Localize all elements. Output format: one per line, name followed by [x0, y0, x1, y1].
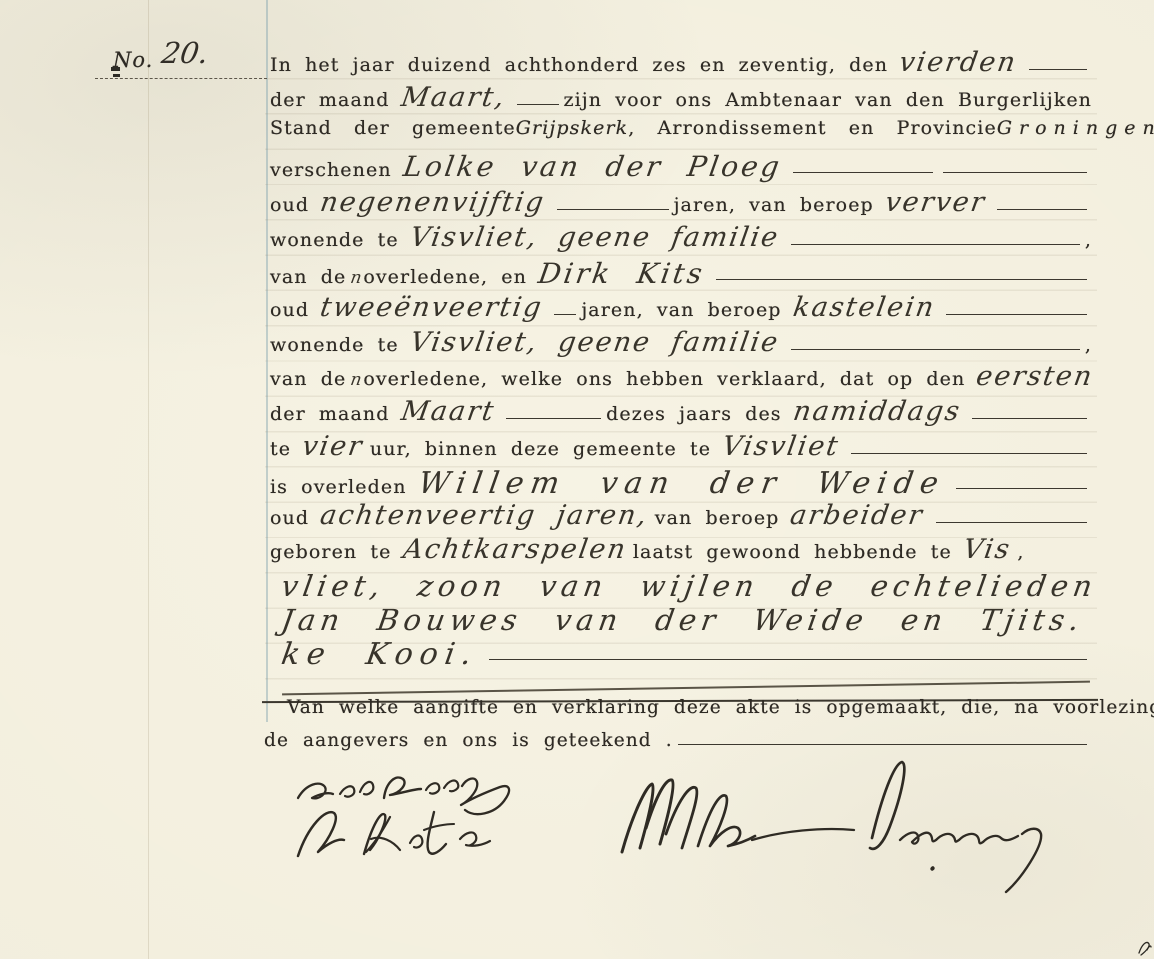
handwritten-gender-suffix: n: [349, 268, 363, 288]
body-line-11: der maand Maart dezes jaars des namiddag…: [270, 396, 1092, 425]
printed-comma: ,: [1085, 229, 1092, 251]
handwritten-declarant1-residence: Visvliet, geene familie: [408, 222, 782, 253]
printed-text: oud: [270, 194, 309, 216]
handwritten-declarant2-age: tweeënveertig: [318, 292, 545, 323]
handwritten-declarant1-age: negenenvijftig: [318, 187, 547, 218]
body-line-2: der maand Maart, zijn voor ons Ambtenaar…: [270, 82, 1092, 111]
edge-mark: [113, 74, 120, 77]
printed-text: wonende te: [270, 229, 399, 251]
fill-line: [793, 172, 933, 173]
printed-comma: ,: [1085, 334, 1092, 356]
signature-registrar: [602, 756, 1092, 906]
printed-text: dezes jaars des: [606, 403, 782, 425]
printed-text: is overleden: [270, 476, 407, 498]
printed-text: oud: [270, 299, 309, 321]
handwritten-death-day: eersten: [974, 361, 1096, 392]
death-certificate-scan: No. 20. In het jaar duizend achthonderd …: [0, 0, 1154, 959]
fill-line: [943, 172, 1087, 173]
printed-text: van beroep: [655, 507, 780, 529]
body-line-9: wonende te Visvliet, geene familie ,: [270, 327, 1092, 356]
closing-line-1: Van welke aangifte en verklaring deze ak…: [287, 697, 1092, 718]
printed-text: In het jaar duizend achthonderd zes en z…: [270, 54, 888, 76]
body-line-15: geboren te Achtkarspelen laatst gewoond …: [270, 534, 1092, 563]
handwritten-death-place: Visvliet: [720, 431, 842, 462]
printed-text: Stand der gemeente: [270, 117, 516, 139]
handwritten-declarant1-name: Lolke van der Ploeg: [401, 150, 784, 183]
body-line-16: vliet, zoon van wijlen de echtelieden: [270, 569, 1092, 598]
body-line-3: Stand der gemeente Grijpskerk , Arrondis…: [270, 117, 1092, 146]
printed-closing-text: de aangevers en ons is geteekend .: [264, 730, 673, 751]
fill-line: [956, 488, 1087, 489]
handwritten-declarant2-residence: Visvliet, geene familie: [408, 327, 782, 358]
fill-line: [1029, 69, 1088, 70]
body-line-8: oud tweeënveertig jaren, van beroep kast…: [270, 292, 1092, 321]
fill-line: [506, 418, 601, 419]
handwritten-mother-name-end: ke Kooi.: [279, 637, 481, 672]
printed-text: laatst gewoond hebbende te: [633, 541, 952, 563]
record-number-label: No.: [113, 48, 153, 72]
paper-fold-line: [148, 0, 149, 959]
body-line-5: oud negenenvijftig jaren, van beroep ver…: [270, 187, 1092, 216]
blue-margin-line: [266, 0, 268, 722]
body-line-12: te vier uur, binnen deze gemeente te Vis…: [270, 431, 1092, 460]
handwritten-deceased-age: achtenveertig jaren,: [318, 500, 651, 531]
record-number-value: 20.: [159, 36, 211, 70]
handwritten-parents-clause: vliet, zoon van wijlen de echtelieden: [279, 569, 1100, 603]
printed-text: overledene, en: [363, 266, 527, 288]
fill-line: [972, 418, 1087, 419]
printed-text: verschenen: [270, 159, 392, 181]
printed-text: , Arrondissement en Provincie: [628, 117, 997, 139]
printed-text: zijn voor ons Ambtenaar van den Burgerli…: [564, 89, 1092, 111]
printed-municipality: Grijpskerk: [516, 117, 629, 139]
printed-text: oud: [270, 507, 309, 529]
handwritten-deceased-occupation: arbeider: [788, 500, 926, 531]
handwritten-gender-suffix: n: [349, 370, 363, 390]
handwritten-declarant2-name: Dirk Kits: [536, 257, 707, 290]
fill-line: [791, 244, 1080, 245]
fill-line: [517, 104, 559, 105]
body-line-17: Jan Bouwes van der Weide en Tjits.: [270, 603, 1092, 632]
handwritten-last-residence-part1: Vis: [961, 534, 1013, 565]
signature-declarant2: [280, 794, 545, 872]
fill-line: [489, 659, 1087, 660]
body-line-7: van de n overledene, en Dirk Kits: [270, 257, 1092, 286]
record-number-underline: [95, 78, 267, 79]
fill-line: [554, 314, 576, 315]
handwritten-declarant2-occupation: kastelein: [791, 292, 938, 323]
printed-text: jaren, van beroep: [581, 299, 781, 321]
fill-line: [678, 744, 1087, 745]
handwritten-entry-month: Maart,: [399, 82, 508, 113]
handwritten-death-daypart: namiddags: [791, 396, 963, 427]
fill-line: [946, 314, 1087, 315]
body-line-13: is overleden Willem van der Weide: [270, 466, 1092, 495]
corner-mark: [1136, 938, 1152, 959]
printed-text: wonende te: [270, 334, 399, 356]
printed-text: geboren te: [270, 541, 392, 563]
body-line-6: wonende te Visvliet, geene familie ,: [270, 222, 1092, 251]
printed-text: uur, binnen deze gemeente te: [370, 438, 711, 460]
handwritten-death-hour: vier: [300, 431, 366, 462]
fill-line: [716, 279, 1087, 280]
printed-text: van de: [270, 368, 346, 390]
printed-text: jaren, van beroep: [674, 194, 874, 216]
printed-text: van de: [270, 266, 346, 288]
fill-line: [557, 209, 669, 210]
handwritten-parents-names: Jan Bouwes van der Weide en Tjits.: [279, 603, 1086, 637]
fill-line: [851, 453, 1087, 454]
handwritten-deceased-name: Willem van der Weide: [416, 466, 948, 501]
handwritten-closing-stroke: [282, 681, 1090, 695]
body-line-1: In het jaar duizend achthonderd zes en z…: [270, 47, 1092, 76]
printed-closing-text: Van welke aangifte en verklaring deze ak…: [287, 697, 1154, 718]
body-line-14: oud achtenveertig jaren, van beroep arbe…: [270, 500, 1092, 529]
printed-text: der maand: [270, 403, 390, 425]
fill-line: [997, 209, 1087, 210]
closing-line-2: de aangevers en ons is geteekend .: [264, 730, 1092, 751]
body-line-4: verschenen Lolke van der Ploeg: [270, 150, 1092, 179]
handwritten-death-month: Maart: [399, 396, 498, 427]
printed-text: overledene, welke ons hebben verklaard, …: [363, 368, 965, 390]
handwritten-declarant1-occupation: verver: [883, 187, 988, 218]
printed-text: te: [270, 438, 291, 460]
fill-line: [936, 522, 1087, 523]
handwritten-birthplace: Achtkarspelen: [401, 534, 629, 565]
printed-province: Groningen: [997, 117, 1154, 139]
handwritten-entry-day: vierden: [897, 47, 1019, 78]
body-line-18: ke Kooi.: [270, 637, 1092, 666]
fill-line: [791, 349, 1080, 350]
body-line-10: van de n overledene, welke ons hebben ve…: [270, 361, 1092, 390]
printed-comma: ,: [1017, 541, 1024, 563]
printed-text: der maand: [270, 89, 390, 111]
